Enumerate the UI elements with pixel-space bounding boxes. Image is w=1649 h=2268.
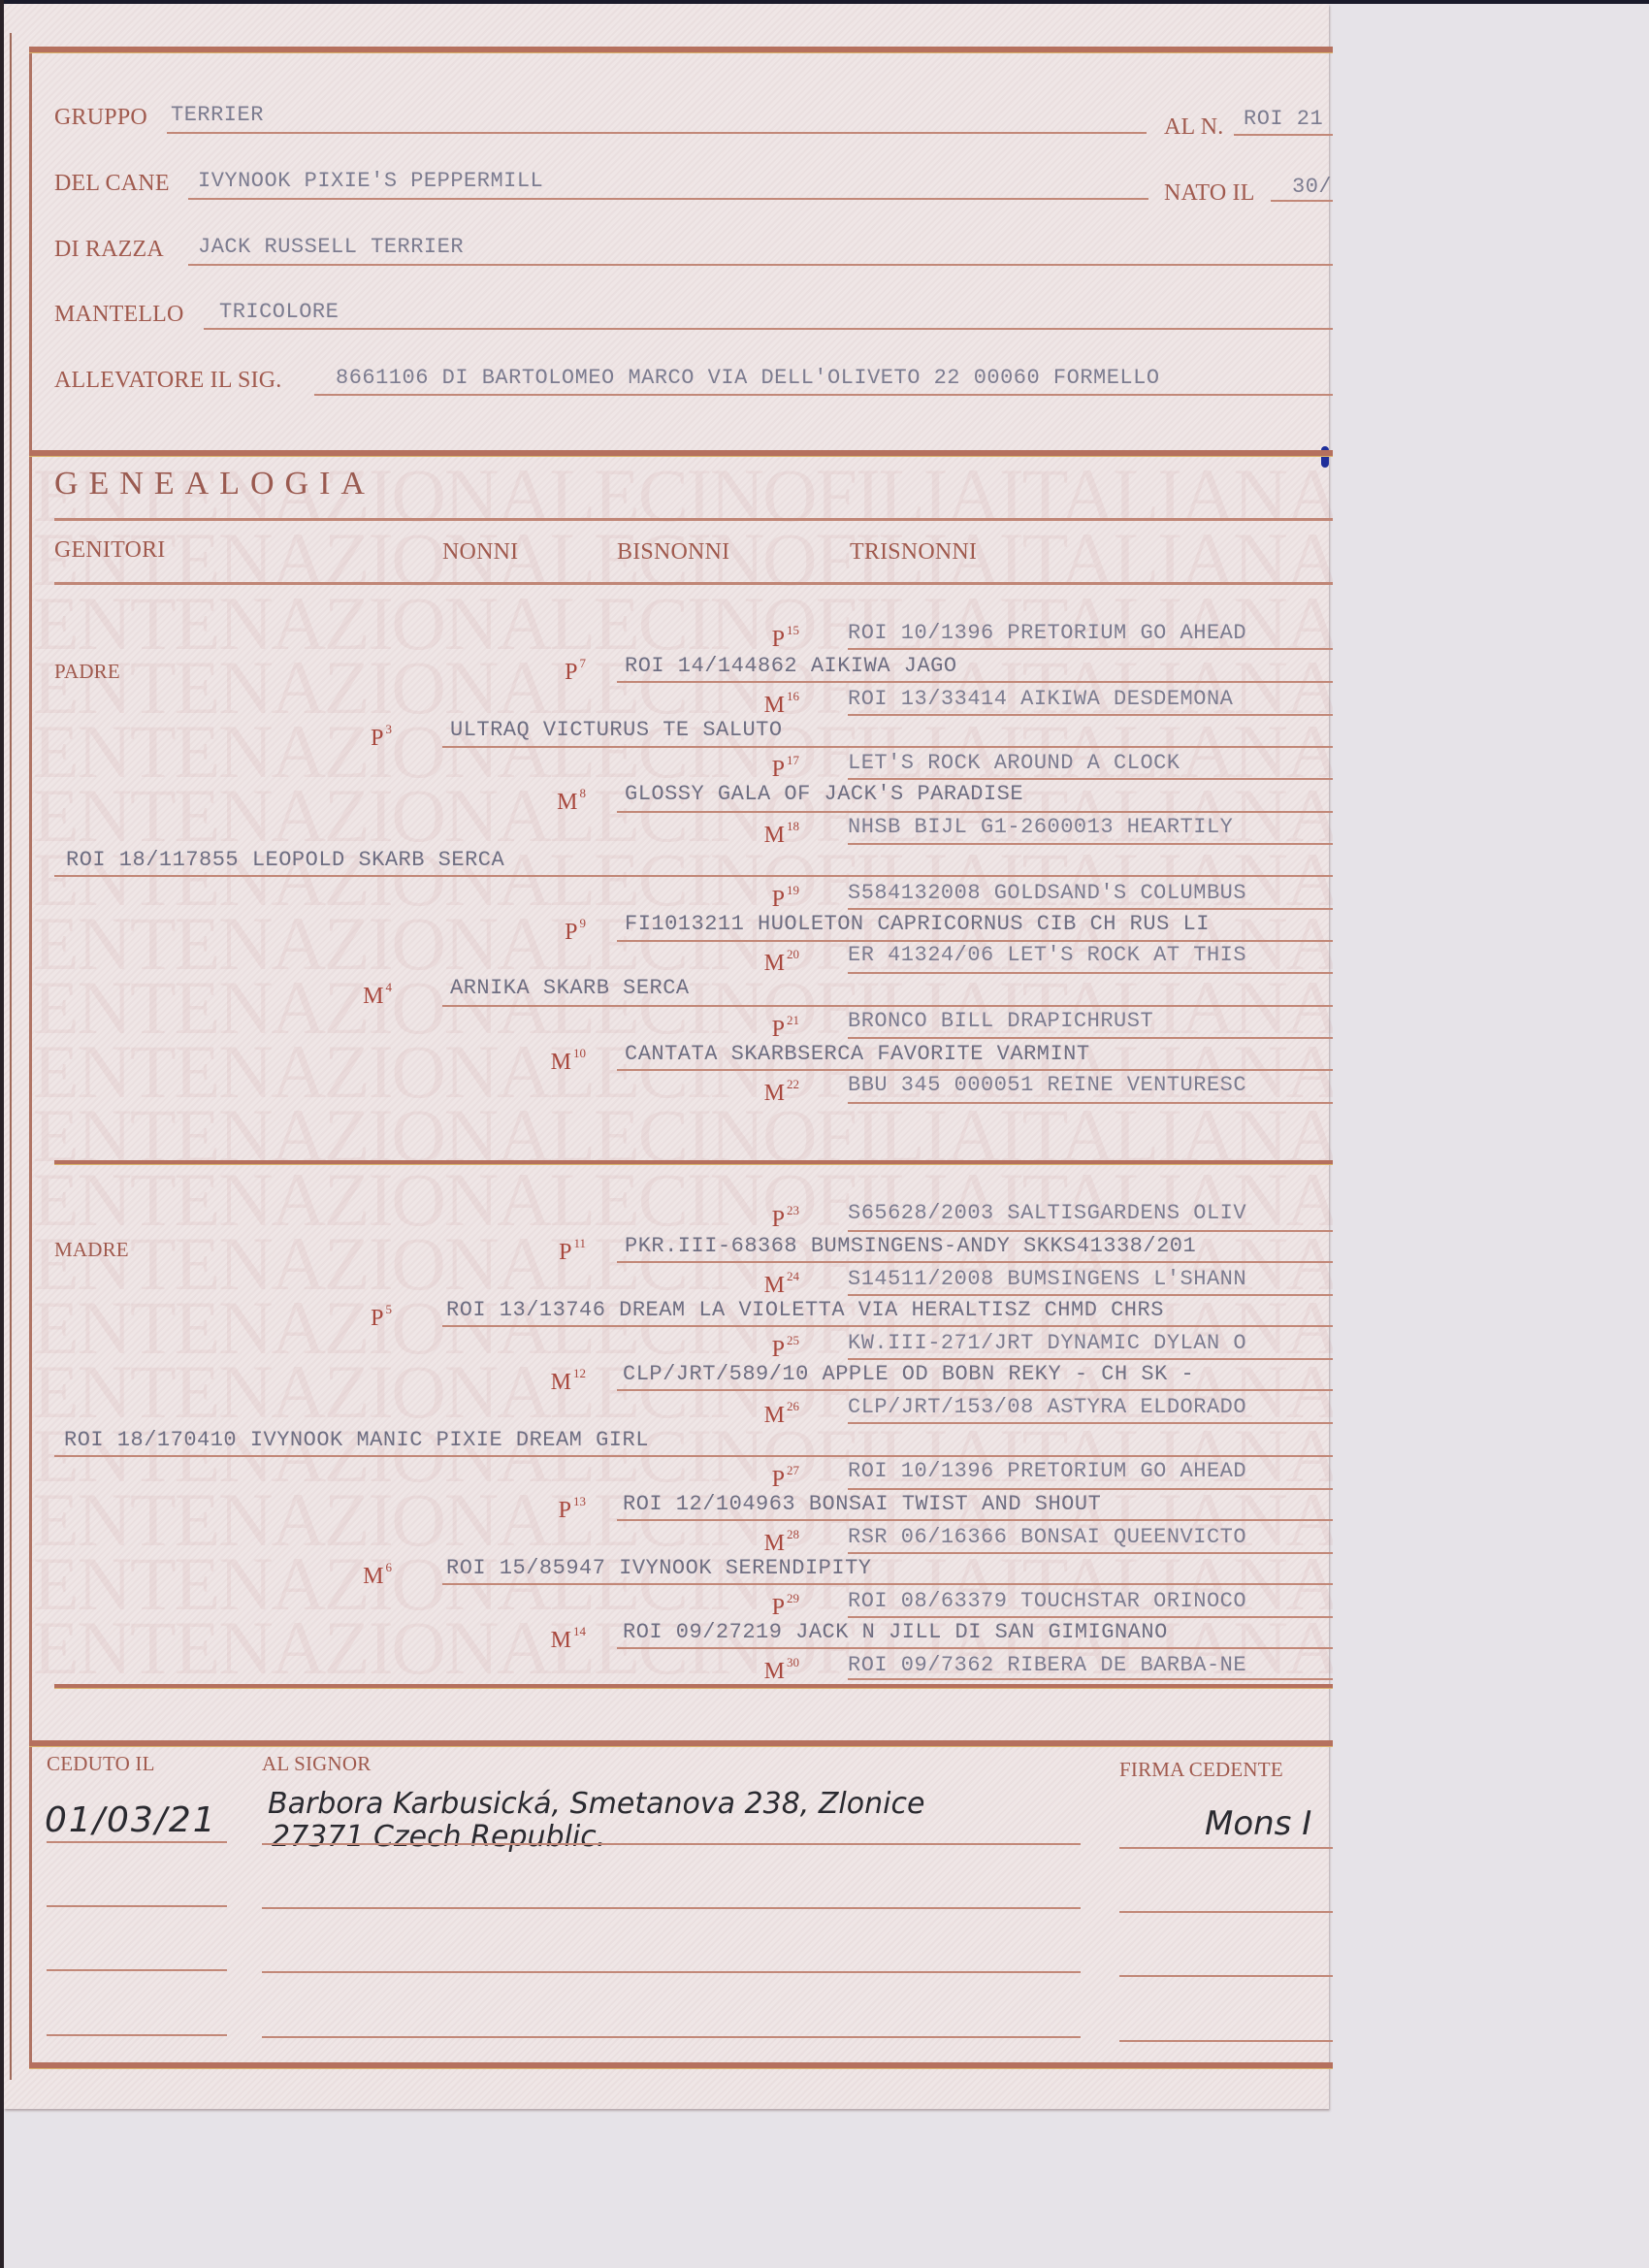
transfer-line [262,1843,1081,1845]
pedigree-tag: M4 [334,980,392,1010]
al-signor-label: AL SIGNOR [262,1752,371,1776]
transfer-line [1119,1911,1333,1913]
entry-underline [848,778,1333,780]
dam-name: ROI 18/170410 IVYNOOK MANIC PIXIE DREAM … [64,1428,649,1452]
nato-il-value: 30/ [1292,175,1332,199]
pedigree-tag: M14 [528,1624,586,1654]
entry-underline [617,811,1333,813]
del-cane-value: IVYNOOK PIXIE'S PEPPERMILL [198,169,543,193]
entry-underline [617,1261,1333,1263]
pedigree-tag: P21 [741,1013,799,1043]
pedigree-entry: ROI 13/33414 AIKIWA DESDEMONA [848,687,1233,711]
transfer-line [47,1905,227,1907]
pedigree-tag: M6 [334,1560,392,1590]
al-n-value: ROI 21 [1244,107,1323,131]
transfer-line [1119,1975,1333,1977]
pedigree-entry: BRONCO BILL DRAPICHRUST [848,1009,1153,1033]
entry-underline [848,1230,1333,1232]
del-cane-underline [188,198,1148,200]
transfer-line [262,1971,1081,1973]
pedigree-entry: ROI 09/27219 JACK N JILL DI SAN GIMIGNAN… [623,1620,1168,1644]
transfer-top-border [29,1740,1333,1747]
pedigree-tag: P15 [741,623,799,653]
di-razza-label: DI RAZZA [54,237,164,263]
entry-underline [848,843,1333,845]
pedigree-tag: M12 [528,1366,586,1396]
transfer-line [262,2036,1081,2038]
pedigree-certificate: GRUPPO TERRIER AL N. ROI 21 DEL CANE IVY… [4,4,1329,2109]
pedigree-entry: ROI 13/13746 DREAM LA VIOLETTA VIA HERAL… [446,1298,1164,1322]
column-genitori: GENITORI [54,537,165,564]
allevatore-value: 8661106 DI BARTOLOMEO MARCO VIA DELL'OLI… [336,366,1160,390]
pedigree-tag: M22 [741,1077,799,1107]
al-n-underline [1234,134,1333,136]
column-nonni: NONNI [442,539,518,566]
mantello-underline [204,328,1333,330]
nato-il-underline [1271,200,1333,202]
entry-underline [442,1005,1333,1007]
madre-label: MADRE [54,1238,129,1262]
entry-underline [848,1678,1333,1680]
entry-underline [848,1422,1333,1424]
pedigree-entry: GLOSSY GALA OF JACK'S PARADISE [625,782,1023,806]
gruppo-label: GRUPPO [54,105,147,131]
di-razza-value: JACK RUSSELL TERRIER [198,235,464,259]
pedigree-tag: P11 [528,1236,586,1266]
pedigree-entry: BBU 345 000051 REINE VENTURESC [848,1073,1246,1097]
di-razza-underline [188,264,1333,266]
entry-underline [617,1069,1333,1071]
entry-underline [848,1488,1333,1490]
pedigree-tag: P13 [528,1494,586,1524]
gruppo-value: TERRIER [171,103,264,127]
sire-underline [54,875,1333,877]
transfer-line [47,1969,227,1971]
pedigree-tag: P27 [741,1463,799,1493]
entry-underline [848,1102,1333,1104]
entry-underline [617,1389,1333,1391]
pedigree-tag: P25 [741,1333,799,1363]
nato-il-label: NATO IL [1164,180,1255,207]
pedigree-entry: S584132008 GOLDSAND'S COLUMBUS [848,881,1246,905]
transfer-line [262,1907,1081,1909]
pedigree-tag: P23 [741,1203,799,1233]
entry-underline [848,714,1333,716]
al-n-label: AL N. [1164,114,1223,141]
mantello-value: TRICOLORE [219,300,339,324]
pedigree-entry: ROI 08/63379 TOUCHSTAR ORINOCO [848,1589,1246,1613]
bottom-border [29,2062,1333,2069]
entry-underline [848,1552,1333,1554]
pedigree-entry: CLP/JRT/153/08 ASTYRA ELDORADO [848,1395,1246,1419]
genealogia-bottom-border [54,1684,1333,1689]
pedigree-entry: CANTATA SKARBSERCA FAVORITE VARMINT [625,1042,1090,1066]
pedigree-entry: ROI 09/7362 RIBERA DE BARBA-NE [848,1653,1246,1677]
pedigree-entry: CLP/JRT/589/10 APPLE OD BOBN REKY - CH S… [623,1362,1194,1386]
column-bisnonni: BISNONNI [617,539,729,566]
genealogia-top-border [29,450,1333,457]
pedigree-entry: PKR.III-68368 BUMSINGENS-ANDY SKKS41338/… [625,1234,1196,1258]
pedigree-tag: M8 [528,786,586,816]
new-owner-line2-handwritten: 27371 Czech Republic. [272,1820,605,1854]
pedigree-tag: P7 [528,656,586,686]
entry-underline [848,972,1333,974]
entry-underline [442,746,1333,748]
pedigree-entry: ROI 10/1396 PRETORIUM GO AHEAD [848,621,1246,645]
entry-underline [848,1037,1333,1039]
pedigree-tag: P3 [334,722,392,752]
pedigree-tag: P17 [741,753,799,783]
pedigree-tag: M30 [741,1655,799,1685]
ceduto-il-label: CEDUTO IL [47,1752,155,1776]
del-cane-label: DEL CANE [54,171,170,197]
gruppo-underline [167,132,1147,134]
pedigree-tag: P19 [741,883,799,913]
pedigree-entry: S65628/2003 SALTISGARDENS OLIV [848,1201,1246,1225]
pedigree-tag: M16 [741,689,799,719]
pedigree-tag: M20 [741,947,799,977]
entry-underline [848,1294,1333,1296]
transfer-line [47,2034,227,2036]
pedigree-entry: ROI 15/85947 IVYNOOK SERENDIPITY [446,1556,871,1580]
pedigree-entry: RSR 06/16366 BONSAI QUEENVICTO [848,1525,1246,1549]
transfer-line [1119,1847,1333,1849]
pedigree-tag: M10 [528,1046,586,1076]
pedigree-entry: ROI 14/144862 AIKIWA JAGO [625,654,957,678]
pedigree-entry: NHSB BIJL G1-2600013 HEARTILY [848,815,1233,839]
pedigree-entry: S14511/2008 BUMSINGENS L'SHANN [848,1267,1246,1291]
transfer-line [47,1841,227,1843]
pedigree-entry: FI1013211 HUOLETON CAPRICORNUS CIB CH RU… [625,912,1210,936]
padre-madre-divider [54,1160,1333,1165]
pedigree-tag: P29 [741,1591,799,1621]
entry-underline [848,648,1333,650]
pedigree-entry: KW.III-271/JRT DYNAMIC DYLAN O [848,1331,1246,1355]
sire-name: ROI 18/117855 LEOPOLD SKARB SERCA [66,848,504,872]
entry-underline [617,940,1333,942]
pedigree-tag: M28 [741,1527,799,1557]
pedigree-tag: M26 [741,1399,799,1429]
column-trisnonni: TRISNONNI [850,539,977,566]
pedigree-tag: M24 [741,1269,799,1299]
pedigree-entry: ULTRAQ VICTURUS TE SALUTO [450,718,783,742]
entry-underline [617,1519,1333,1521]
pedigree-entry: ARNIKA SKARB SERCA [450,976,690,1000]
pedigree-tag: P5 [334,1302,392,1332]
allevatore-label: ALLEVATORE IL SIG. [54,368,281,394]
header-divider [54,582,1333,585]
genealogia-divider [54,518,1333,521]
pedigree-entry: ROI 12/104963 BONSAI TWIST AND SHOUT [623,1492,1101,1516]
transfer-date-handwritten: 01/03/21 [45,1800,217,1840]
perforated-edge [10,33,17,2080]
entry-underline [848,1358,1333,1360]
firma-cedente-label: FIRMA CEDENTE [1119,1758,1283,1782]
top-border [29,47,1333,53]
pedigree-tag: M18 [741,819,799,849]
pedigree-entry: ROI 10/1396 PRETORIUM GO AHEAD [848,1459,1246,1483]
entry-underline [848,1616,1333,1618]
allevatore-underline [314,394,1333,396]
entry-underline [442,1583,1333,1585]
dam-underline [54,1455,1333,1457]
mantello-label: MANTELLO [54,302,184,328]
pedigree-tag: P9 [528,916,586,946]
entry-underline [617,681,1333,683]
padre-label: PADRE [54,660,120,684]
entry-underline [848,908,1333,910]
new-owner-line1-handwritten: Barbora Karbusická, Smetanova 238, Zloni… [268,1787,924,1821]
entry-underline [617,1647,1333,1649]
pedigree-entry: LET'S ROCK AROUND A CLOCK [848,751,1180,775]
entry-underline [442,1325,1333,1327]
transfer-line [1119,2040,1333,2042]
genealogia-title: GENEALOGIA [54,466,375,502]
pedigree-entry: ER 41324/06 LET'S ROCK AT THIS [848,943,1246,967]
signature-handwritten: Mons I [1205,1804,1311,1843]
